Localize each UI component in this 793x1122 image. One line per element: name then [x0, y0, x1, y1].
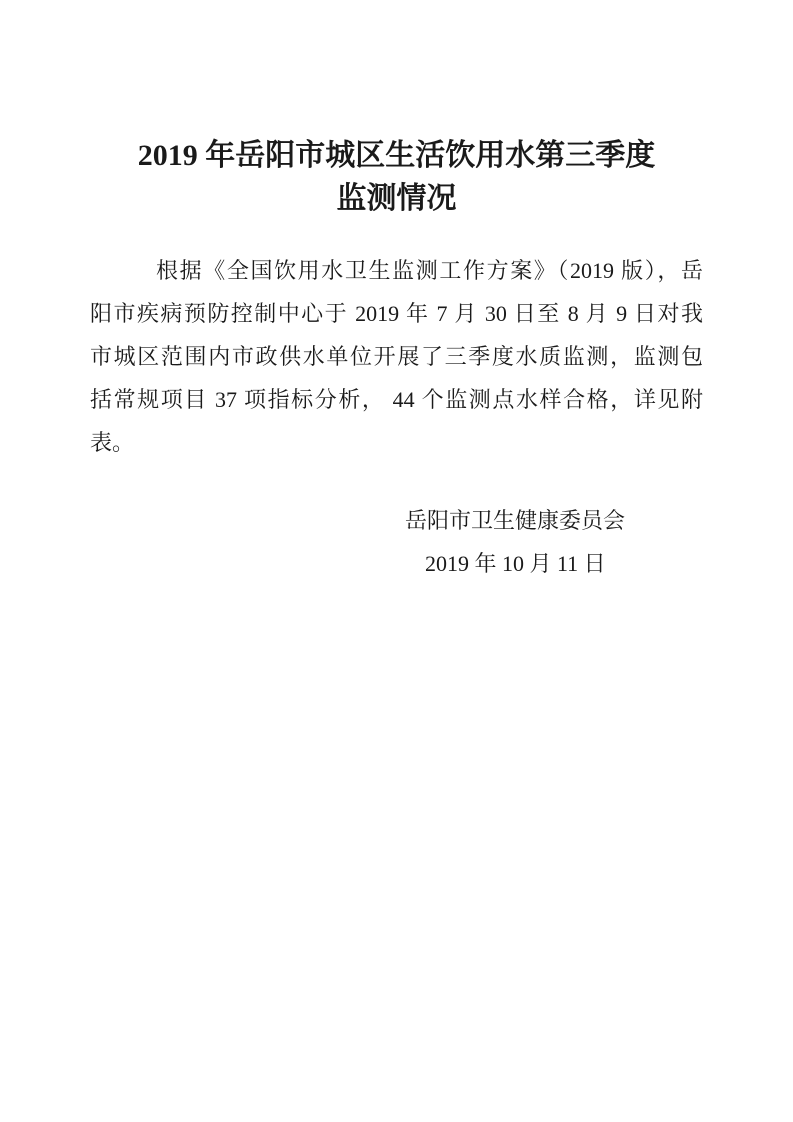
document-page: 2019 年岳阳市城区生活饮用水第三季度 监测情况 根据《全国饮用水卫生监测工作… — [0, 0, 793, 1122]
body-line-2: 阳市疾病预防控制中心于 2019 年 7 月 30 日至 8 月 9 日对我 — [90, 292, 703, 335]
body-line-3: 市城区范围内市政供水单位开展了三季度水质监测，监测包 — [90, 335, 703, 378]
signature-organization: 岳阳市卫生健康委员会 — [405, 499, 703, 542]
document-title-line-2: 监测情况 — [90, 177, 703, 220]
body-line-1: 根据《全国饮用水卫生监测工作方案》（2019 版），岳 — [90, 249, 703, 292]
body-line-5: 表。 — [90, 421, 703, 464]
signature-date: 2019 年 10 月 11 日 — [425, 542, 703, 585]
signature-block: 岳阳市卫生健康委员会 2019 年 10 月 11 日 — [90, 499, 703, 585]
document-title: 2019 年岳阳市城区生活饮用水第三季度 监测情况 — [90, 134, 703, 220]
document-title-line-1: 2019 年岳阳市城区生活饮用水第三季度 — [90, 134, 703, 177]
body-paragraph: 根据《全国饮用水卫生监测工作方案》（2019 版），岳 阳市疾病预防控制中心于 … — [90, 249, 703, 464]
body-line-4: 括常规项目 37 项指标分析， 44 个监测点水样合格，详见附 — [90, 378, 703, 421]
